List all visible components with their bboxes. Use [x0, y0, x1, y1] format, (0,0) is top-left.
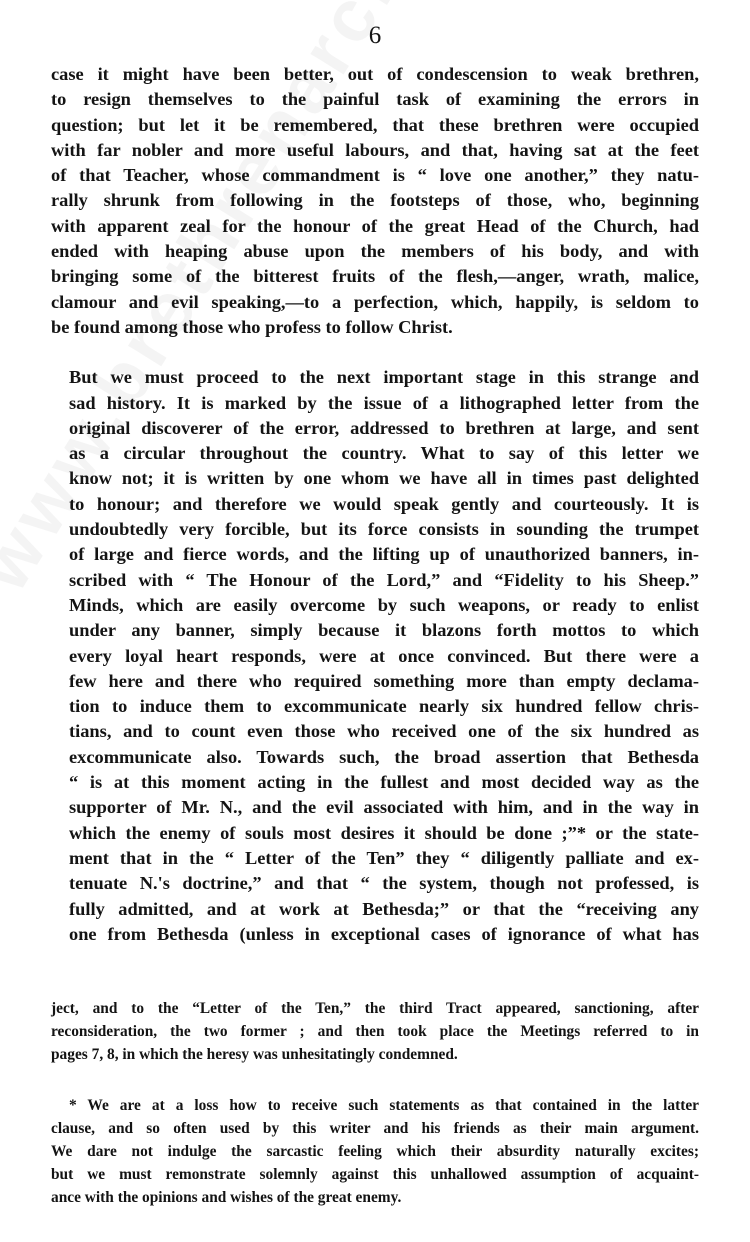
body-text: case it might have been better, out of c… [51, 62, 699, 947]
text-line: with apparent zeal for the honour of the… [51, 214, 699, 239]
footnote-line: pages 7, 8, in which the heresy was unhe… [51, 1043, 699, 1066]
footnote-line: but we must remonstrate solemnly against… [51, 1163, 699, 1186]
text-line: of that Teacher, whose commandment is “ … [51, 163, 699, 188]
text-line: under any banner, simply because it blaz… [51, 618, 699, 643]
text-line: tenuate N.'s doctrine,” and that “ the s… [51, 871, 699, 896]
text-line: to resign themselves to the painful task… [51, 87, 699, 112]
paragraph-continued: case it might have been better, out of c… [51, 62, 699, 340]
paragraph: But we must proceed to the next importan… [51, 365, 699, 947]
text-line: of large and fierce words, and the lifti… [51, 542, 699, 567]
text-line: clamour and evil speaking,—to a perfecti… [51, 290, 699, 315]
text-line: Minds, which are easily overcome by such… [51, 593, 699, 618]
text-line: fully admitted, and at work at Bethesda;… [51, 897, 699, 922]
footnote-line: * We are at a loss how to receive such s… [51, 1094, 699, 1117]
text-line: “ is at this moment acting in the fulles… [51, 770, 699, 795]
text-line: one from Bethesda (unless in exceptional… [51, 922, 699, 947]
text-line: ment that in the “ Letter of the Ten” th… [51, 846, 699, 871]
text-line: few here and there who required somethin… [51, 669, 699, 694]
text-line: rally shrunk from following in the foots… [51, 188, 699, 213]
text-line: But we must proceed to the next importan… [51, 365, 699, 390]
text-line: to honour; and therefore we would speak … [51, 492, 699, 517]
text-line: excommunicate also. Towards such, the br… [51, 745, 699, 770]
footnote-line: reconsideration, the two former ; and th… [51, 1020, 699, 1043]
page-number: 6 [0, 22, 750, 50]
text-line: which the enemy of souls most desires it… [51, 821, 699, 846]
document-page: www.brethrenarchive.org 6 case it might … [0, 0, 750, 1242]
text-line: as a circular throughout the country. Wh… [51, 441, 699, 466]
footnote-line: clause, and so often used by this writer… [51, 1117, 699, 1140]
text-line: be found among those who profess to foll… [51, 315, 699, 340]
text-line: question; but let it be remembered, that… [51, 113, 699, 138]
footnote-asterisk: * We are at a loss how to receive such s… [51, 1094, 699, 1209]
text-line: case it might have been better, out of c… [51, 62, 699, 87]
text-line: tion to induce them to excommunicate nea… [51, 694, 699, 719]
text-line: ended with heaping abuse upon the member… [51, 239, 699, 264]
footnote-line: ance with the opinions and wishes of the… [51, 1186, 699, 1209]
text-line: supporter of Mr. N., and the evil associ… [51, 795, 699, 820]
text-line: original discoverer of the error, addres… [51, 416, 699, 441]
text-line: every loyal heart responds, were at once… [51, 644, 699, 669]
footnote-line: ject, and to the “Letter of the Ten,” th… [51, 997, 699, 1020]
text-line: undoubtedly very forcible, but its force… [51, 517, 699, 542]
text-line: bringing some of the bitterest fruits of… [51, 264, 699, 289]
text-line: tians, and to count even those who recei… [51, 719, 699, 744]
footnote-line: We dare not indulge the sarcastic feelin… [51, 1140, 699, 1163]
text-line: with far nobler and more useful labours,… [51, 138, 699, 163]
text-line: know not; it is written by one whom we h… [51, 466, 699, 491]
text-line: sad history. It is marked by the issue o… [51, 391, 699, 416]
footnote-continued: ject, and to the “Letter of the Ten,” th… [51, 997, 699, 1066]
text-line: scribed with “ The Honour of the Lord,” … [51, 568, 699, 593]
